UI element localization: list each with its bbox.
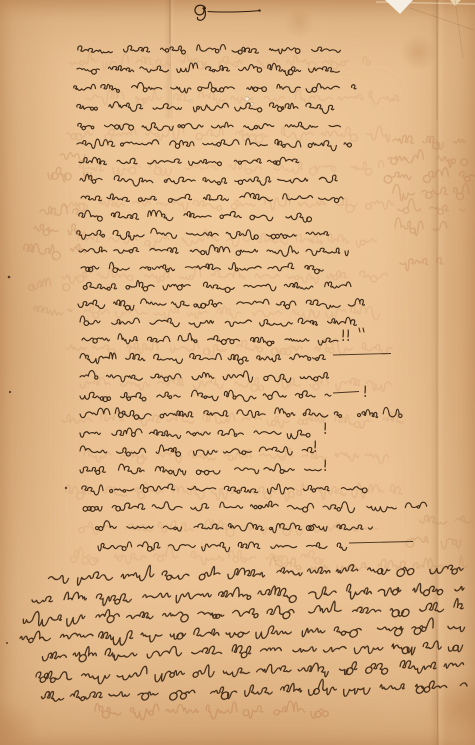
verse-block: [74, 45, 436, 552]
manuscript-scan: [0, 0, 475, 745]
bleedthrough-writing: [24, 52, 475, 720]
manuscript-artwork: [0, 0, 475, 745]
prose-block: [16, 557, 470, 705]
invocation-mark: [195, 5, 261, 20]
